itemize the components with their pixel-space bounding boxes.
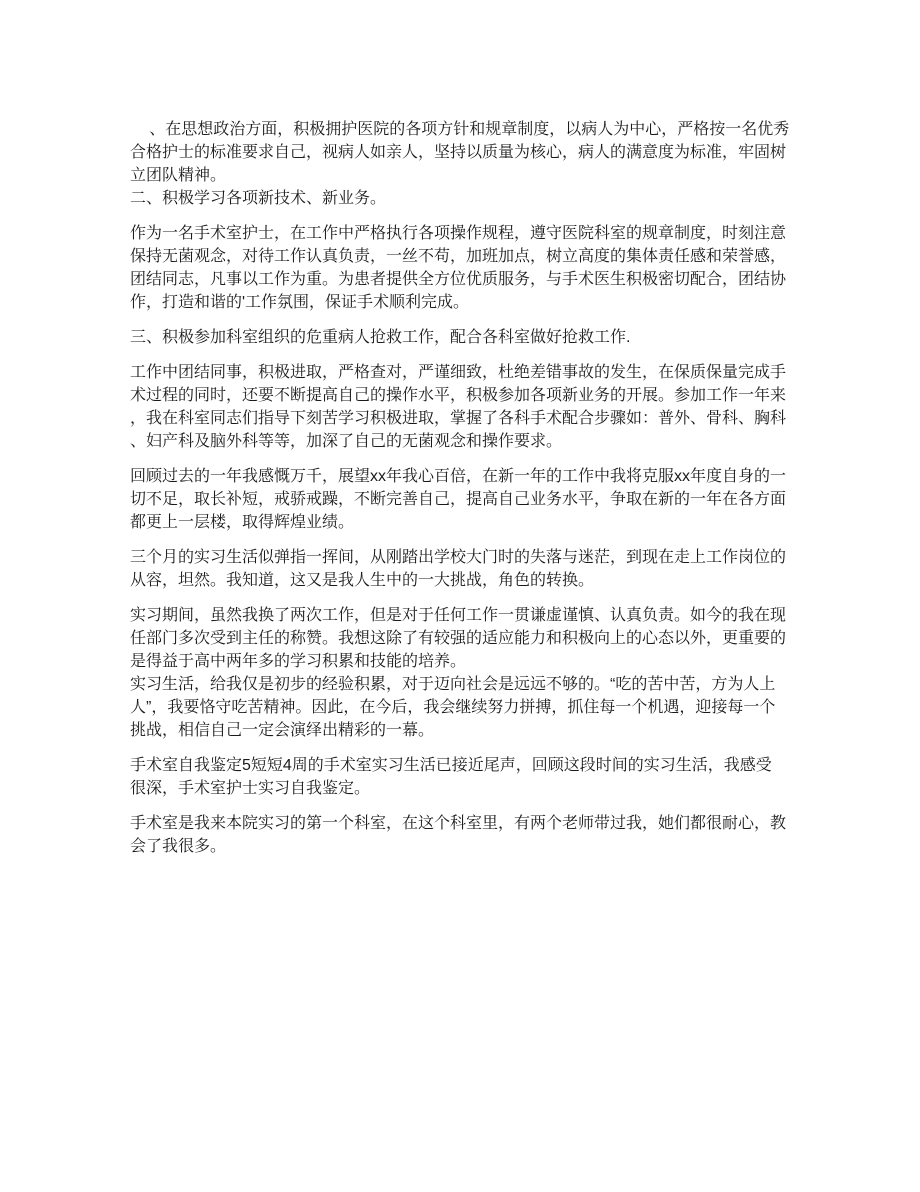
paragraph-three-months: 三个月的实习生活似弹指一挥间，从刚踏出学校大门时的失落与迷茫，到现在走上工作岗位…	[130, 546, 830, 592]
paragraph-self-appraisal: 手术室自我鉴定5短短4周的手术室实习生活已接近尾声，回顾这段时间的实习生活，我感…	[130, 754, 830, 800]
paragraph-ideology: 、在思想政治方面，积极拥护医院的各项方针和规章制度，以病人为中心，严格按一名优秀…	[130, 118, 830, 187]
paragraph-first-department: 手术室是我来本院实习的第一个科室，在这个科室里，有两个老师带过我，她们都很耐心，…	[130, 812, 830, 858]
paragraph-internship: 实习期间，虽然我换了两次工作，但是对于任何工作一贯谦虚谨慎、认真负责。如今的我在…	[130, 604, 830, 673]
paragraph-work-discipline: 作为一名手术室护士，在工作中严格执行各项操作规程，遵守医院科室的规章制度，时刻注…	[130, 222, 830, 314]
paragraph-hardship: 实习生活，给我仅是初步的经验积累，对于迈向社会是远远不够的。“吃的苦中苦，方为人…	[130, 673, 830, 742]
paragraph-heading-three: 三、积极参加科室组织的危重病人抢救工作，配合各科室做好抢救工作.	[130, 326, 830, 349]
paragraph-review-outlook: 回顾过去的一年我感慨万千，展望xx年我心百倍，在新一年的工作中我将克服xx年度自…	[130, 465, 830, 534]
paragraph-teamwork: 工作中团结同事，积极进取，严格查对，严谨细致，杜绝差错事故的发生，在保质保量完成…	[130, 361, 830, 453]
paragraph-heading-two: 二、积极学习各项新技术、新业务。	[130, 187, 830, 210]
document-page: 、在思想政治方面，积极拥护医院的各项方针和规章制度，以病人为中心，严格按一名优秀…	[0, 0, 920, 1192]
